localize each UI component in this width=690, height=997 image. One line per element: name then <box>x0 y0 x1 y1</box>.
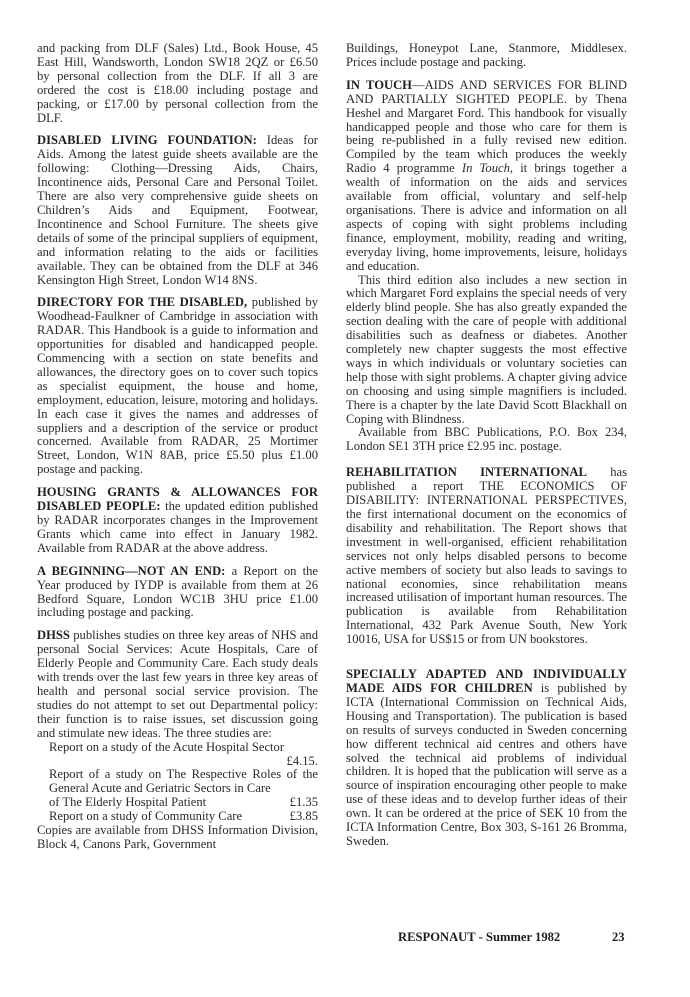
study-item: Report of a study on The Respective Role… <box>37 768 318 796</box>
entry-body: it brings together a wealth of informati… <box>346 161 627 272</box>
specially-adapted-aids-entry: SPECIALLY ADAPTED AND INDIVIDUALLY MADE … <box>346 668 627 849</box>
entry-body: published by Woodhead-Faulkner of Cambri… <box>37 295 318 476</box>
entry-body: publishes studies on three key areas of … <box>37 628 318 739</box>
entry-heading: DIRECTORY FOR THE DISABLED, <box>37 295 247 309</box>
programme-title: In Touch, <box>462 161 513 175</box>
rehabilitation-international-entry: REHABILITATION INTERNATIONAL has publish… <box>346 466 627 647</box>
in-touch-entry: IN TOUCH—AIDS AND SERVICES FOR BLIND AND… <box>346 79 627 454</box>
in-touch-paragraph-3: Available from BBC Publications, P.O. Bo… <box>346 426 627 454</box>
disabled-living-foundation-entry: DISABLED LIVING FOUNDATION: Ideas for Ai… <box>37 134 318 287</box>
page-footer: RESPONAUT - Summer 1982 23 <box>398 930 560 945</box>
entry-body: is published by ICTA (International Comm… <box>346 681 627 848</box>
entry-heading: IN TOUCH <box>346 78 412 92</box>
dlf-sales-paragraph: and packing from DLF (Sales) Ltd., Book … <box>37 42 318 125</box>
study-price: £3.85 <box>290 810 318 824</box>
publication-name: RESPONAUT - Summer 1982 <box>398 930 560 944</box>
left-column: and packing from DLF (Sales) Ltd., Book … <box>37 42 318 852</box>
study-item: Report on a study of the Acute Hospital … <box>37 741 318 755</box>
page-number: 23 <box>612 930 625 945</box>
right-column: Buildings, Honeypot Lane, Stanmore, Midd… <box>346 42 627 858</box>
study-title: Report on a study of Community Care <box>49 810 242 824</box>
in-touch-paragraph-2: This third edition also includes a new s… <box>346 274 627 427</box>
entry-body: Ideas for Aids. Among the latest guide s… <box>37 133 318 286</box>
directory-for-the-disabled-entry: DIRECTORY FOR THE DISABLED, published by… <box>37 296 318 477</box>
entry-heading: A BEGINNING—NOT AN END: <box>37 564 225 578</box>
dhss-address-continuation: Buildings, Honeypot Lane, Stanmore, Midd… <box>346 42 627 70</box>
study-title: of The Elderly Hospital Patient <box>49 796 206 810</box>
entry-body: has published a report THE ECONOMICS OF … <box>346 465 627 646</box>
housing-grants-entry: HOUSING GRANTS & ALLOWANCES FOR DISABLED… <box>37 486 318 556</box>
study-price: £4.15. <box>37 755 318 769</box>
dhss-study-list: Report on a study of the Acute Hospital … <box>37 741 318 824</box>
entry-heading: REHABILITATION INTERNATIONAL <box>346 465 587 479</box>
entry-heading: DISABLED LIVING FOUNDATION: <box>37 133 257 147</box>
study-price: £1.35 <box>290 796 318 810</box>
dhss-copies: Copies are available from DHSS Informati… <box>37 824 318 852</box>
dhss-intro: DHSS publishes studies on three key area… <box>37 629 318 740</box>
study-item-line: Report on a study of Community Care £3.8… <box>37 810 318 824</box>
entry-heading: DHSS <box>37 628 70 642</box>
in-touch-intro: IN TOUCH—AIDS AND SERVICES FOR BLIND AND… <box>346 79 627 274</box>
study-item-line: of The Elderly Hospital Patient £1.35 <box>37 796 318 810</box>
a-beginning-entry: A BEGINNING—NOT AN END: a Report on the … <box>37 565 318 621</box>
dhss-entry: DHSS publishes studies on three key area… <box>37 629 318 852</box>
